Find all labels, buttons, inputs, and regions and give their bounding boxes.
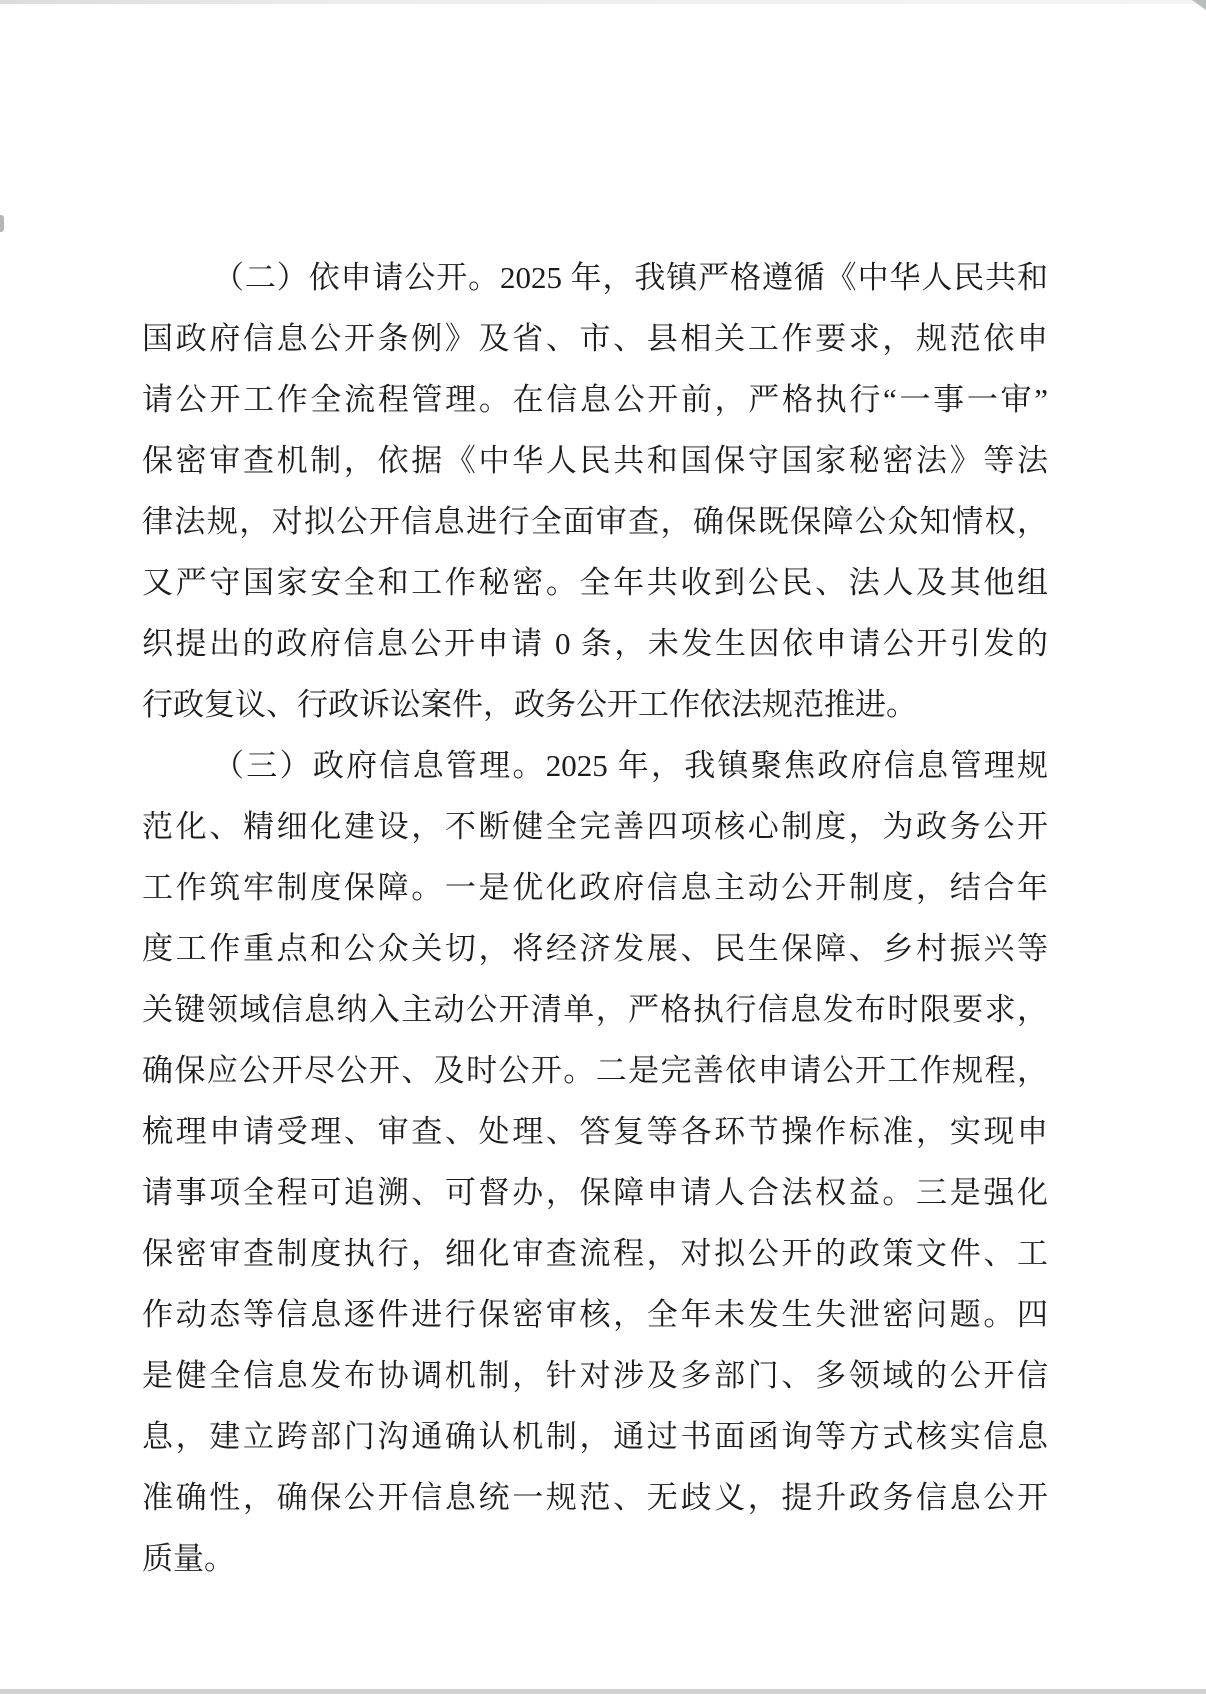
- text-line: 作动态等信息逐件进行保密审核，全年未发生失泄密问题。四: [142, 1284, 1048, 1345]
- text-line: 工作筑牢制度保障。一是优化政府信息主动公开制度，结合年: [142, 857, 1048, 918]
- text-line: 国政府信息公开条例》及省、市、县相关工作要求，规范依申: [142, 308, 1048, 369]
- text-line: 行政复议、行政诉讼案件，政务公开工作依法规范推进。: [142, 674, 1048, 735]
- text-line: 确保应公开尽公开、及时公开。二是完善依申请公开工作规程，: [142, 1040, 1048, 1101]
- document-page: （二）依申请公开。2025 年，我镇严格遵循《中华人民共和国政府信息公开条例》及…: [0, 0, 1206, 1694]
- text-line: 保密审查机制，依据《中华人民共和国保守国家秘密法》等法: [142, 430, 1048, 491]
- text-line: 又严守国家安全和工作秘密。全年共收到公民、法人及其他组: [142, 552, 1048, 613]
- text-line: 范化、精细化建设，不断健全完善四项核心制度，为政务公开: [142, 796, 1048, 857]
- text-line: 保密审查制度执行，细化审查流程，对拟公开的政策文件、工: [142, 1223, 1048, 1284]
- text-line: 律法规，对拟公开信息进行全面审查，确保既保障公众知情权，: [142, 491, 1048, 552]
- text-line: 请事项全程可追溯、可督办，保障申请人合法权益。三是强化: [142, 1162, 1048, 1223]
- scan-edge-top: [0, 0, 1206, 4]
- paragraph-2: （三）政府信息管理。2025 年，我镇聚焦政府信息管理规范化、精细化建设，不断健…: [142, 735, 1048, 1589]
- document-body-text: （二）依申请公开。2025 年，我镇严格遵循《中华人民共和国政府信息公开条例》及…: [142, 247, 1048, 1589]
- text-line: 度工作重点和公众关切，将经济发展、民生保障、乡村振兴等: [142, 918, 1048, 979]
- text-line: 关键领域信息纳入主动公开清单，严格执行信息发布时限要求，: [142, 979, 1048, 1040]
- paragraph-1: （二）依申请公开。2025 年，我镇严格遵循《中华人民共和国政府信息公开条例》及…: [142, 247, 1048, 735]
- scan-edge-left-notch: [0, 215, 4, 232]
- text-line: 准确性，确保公开信息统一规范、无歧义，提升政务信息公开: [142, 1467, 1048, 1528]
- text-line: 质量。: [142, 1528, 1048, 1589]
- text-line: 息，建立跨部门沟通确认机制，通过书面函询等方式核实信息: [142, 1406, 1048, 1467]
- text-line: （三）政府信息管理。2025 年，我镇聚焦政府信息管理规: [142, 735, 1048, 796]
- scan-edge-bottom: [0, 1689, 1206, 1694]
- text-line: 请公开工作全流程管理。在信息公开前，严格执行“一事一审”: [142, 369, 1048, 430]
- text-line: 梳理申请受理、审查、处理、答复等各环节操作标准，实现申: [142, 1101, 1048, 1162]
- text-line: 是健全信息发布协调机制，针对涉及多部门、多领域的公开信: [142, 1345, 1048, 1406]
- text-line: （二）依申请公开。2025 年，我镇严格遵循《中华人民共和: [142, 247, 1048, 308]
- text-line: 织提出的政府信息公开申请 0 条，未发生因依申请公开引发的: [142, 613, 1048, 674]
